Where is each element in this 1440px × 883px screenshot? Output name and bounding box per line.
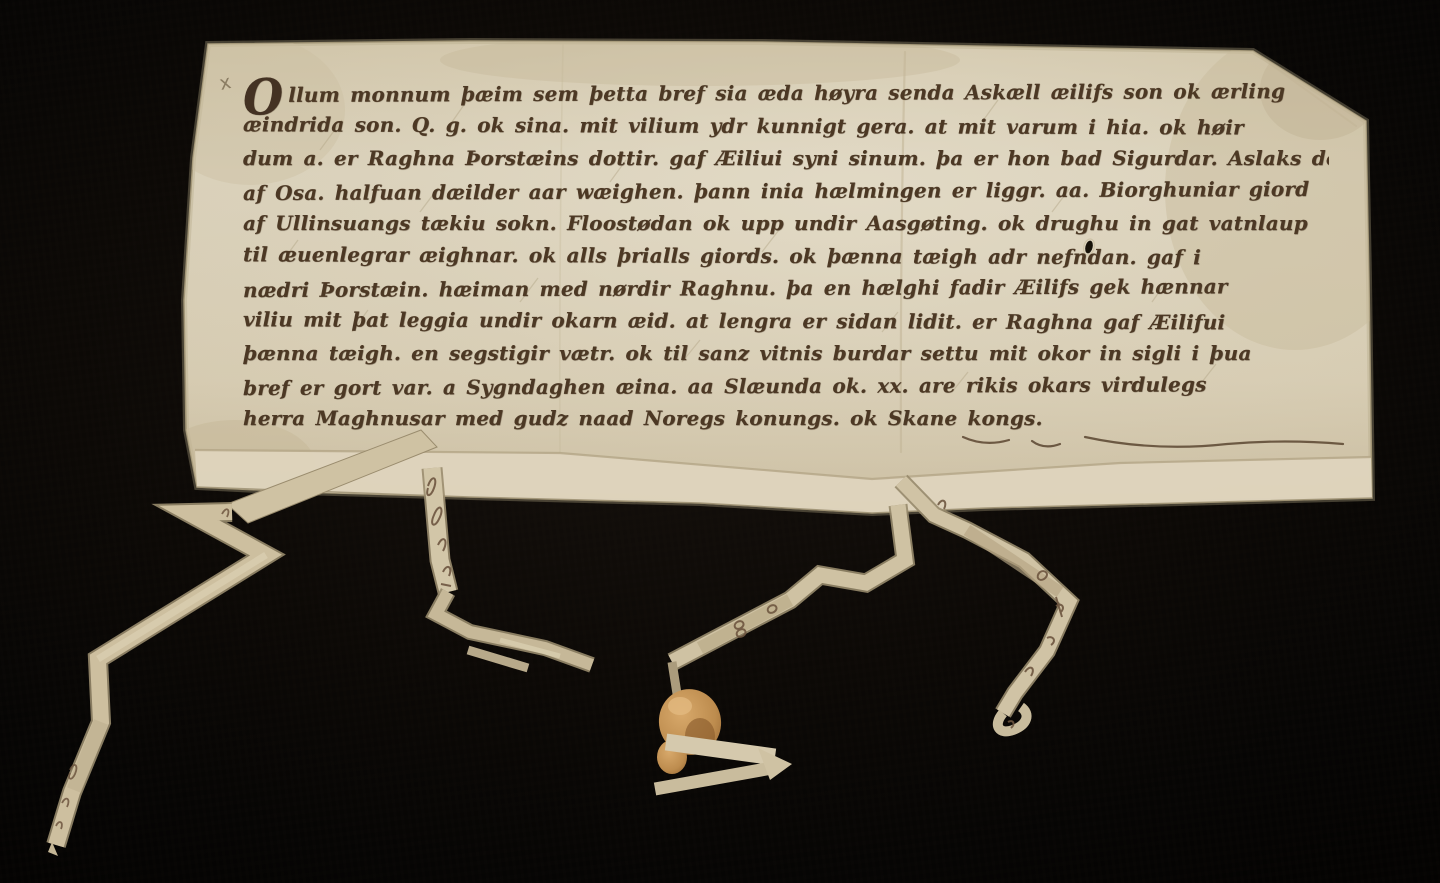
manuscript-line: nædri Þorstæin. hæiman med nørdir Raghnu… bbox=[243, 270, 1329, 307]
initial-letter: O bbox=[243, 84, 283, 110]
manuscript-line: af Ullinsuangs tækiu sokn. Floostødan ok… bbox=[243, 207, 1329, 240]
manuscript-line: þænna tæigh. en segstigir vætr. ok til s… bbox=[243, 337, 1329, 370]
manuscript-line: bref er gort var. a Sygndaghen æina. aa … bbox=[243, 368, 1329, 405]
manuscript-line-text: llum monnum þæim sem þetta bref sia æda … bbox=[288, 79, 1285, 107]
manuscript-line: Ollum monnum þæim sem þetta bref sia æda… bbox=[243, 77, 1329, 112]
text-block: Ollum monnum þæim sem þetta bref sia æda… bbox=[243, 77, 1329, 439]
seal-tag-middle bbox=[653, 505, 905, 789]
manuscript-line: dum a. er Raghna Þorstæins dottir. gaf Æ… bbox=[243, 142, 1329, 175]
photo-of-charter: x bbox=[0, 0, 1440, 883]
manuscript-line: til æuenlegrar æighnar. ok alls þrialls … bbox=[243, 238, 1329, 274]
manuscript-line: æindrida son. Q. g. ok sina. mit vilium … bbox=[243, 108, 1329, 144]
wax-remnant bbox=[653, 683, 727, 774]
manuscript-line: herra Maghnusar med gudz naad Noregs kon… bbox=[243, 402, 1329, 435]
seal-tag-right bbox=[901, 481, 1069, 731]
manuscript-line: viliu mit þat leggia undir okarn æid. at… bbox=[243, 303, 1329, 339]
manuscript-line: af Osa. halfuan dæilder aar wæighen. þan… bbox=[243, 173, 1329, 210]
